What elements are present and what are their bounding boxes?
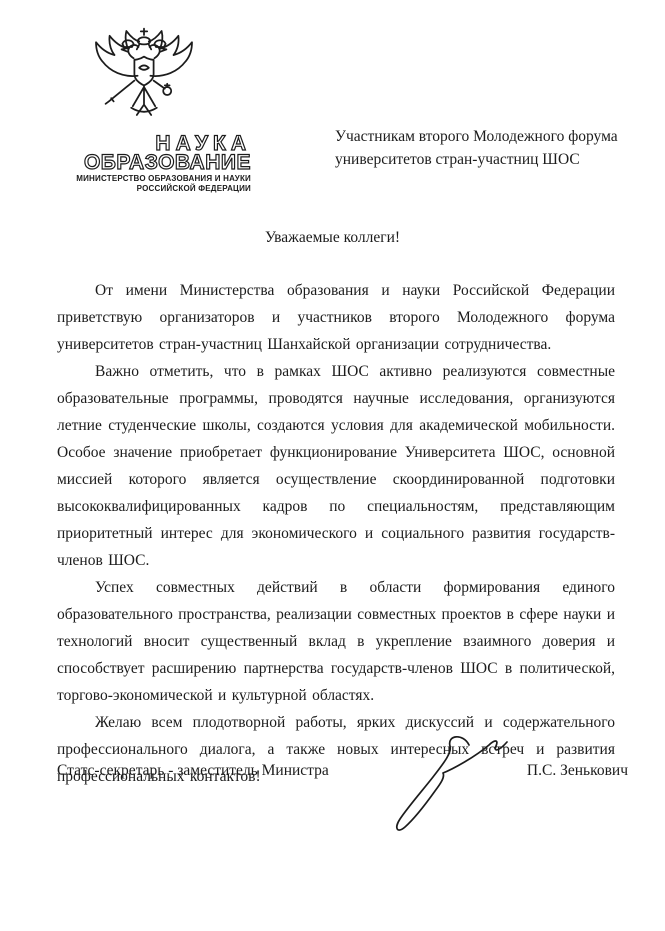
addressee-line-1: Участникам второго Молодежного форума	[335, 126, 635, 149]
ministry-line-2: РОССИЙСКОЙ ФЕДЕРАЦИИ	[0, 184, 251, 194]
ministry-line-1: МИНИСТЕРСТВО ОБРАЗОВАНИЯ И НАУКИ	[0, 174, 251, 184]
ministry-name: МИНИСТЕРСТВО ОБРАЗОВАНИЯ И НАУКИ РОССИЙС…	[0, 174, 251, 193]
logo-line-education: ОБРАЗОВАНИЕ	[0, 153, 251, 172]
signatory-position: Статс-секретарь - заместитель Министра	[57, 760, 329, 782]
addressee-line-2: университетов стран-участниц ШОС	[335, 149, 635, 172]
logo-wordmark: НАУКА ОБРАЗОВАНИЕ	[0, 134, 251, 172]
letter-page: НАУКА ОБРАЗОВАНИЕ МИНИСТЕРСТВО ОБРАЗОВАН…	[0, 0, 665, 931]
signatory-name: П.С. Зенькович	[527, 760, 628, 782]
paragraph: Важно отметить, что в рамках ШОС активно…	[57, 358, 615, 574]
salutation: Уважаемые коллеги!	[0, 229, 665, 247]
signature-row: Статс-секретарь - заместитель Министра П…	[57, 760, 628, 782]
paragraph: От имени Министерства образования и наук…	[57, 277, 615, 358]
double-headed-eagle-icon	[88, 26, 200, 136]
handwritten-signature-icon	[383, 731, 515, 833]
letter-body: От имени Министерства образования и наук…	[57, 277, 615, 790]
addressee-block: Участникам второго Молодежного форума ун…	[335, 126, 635, 171]
paragraph: Успех совместных действий в области форм…	[57, 574, 615, 709]
